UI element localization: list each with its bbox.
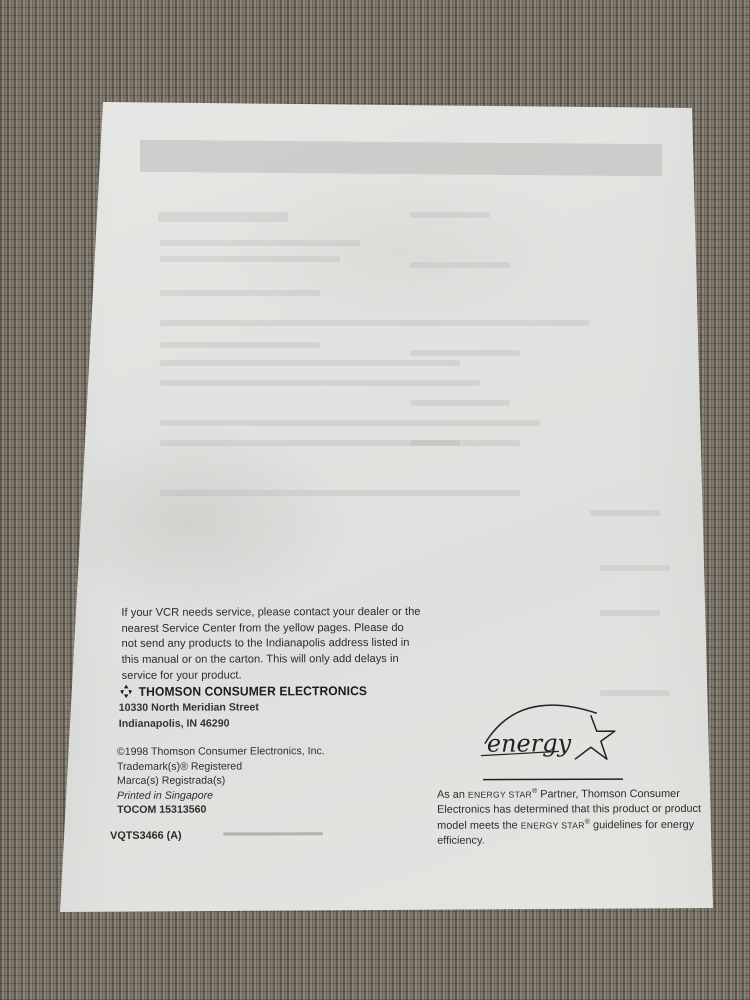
address-street: 10330 North Meridian Street xyxy=(119,699,259,715)
copyright-text: ©1998 Thomson Consumer Electronics, Inc. xyxy=(117,744,325,759)
energy-star-brand: Energy Star xyxy=(521,820,585,830)
tocom-code: TOCOM 15313560 xyxy=(117,803,325,818)
energy-star-logo-icon: energy xyxy=(479,693,629,784)
thomson-logo-icon xyxy=(119,684,134,699)
legal-block: ©1998 Thomson Consumer Electronics, Inc.… xyxy=(117,744,325,818)
ink-smudge xyxy=(223,832,323,835)
company-name: THOMSON CONSUMER ELECTRONICS xyxy=(139,684,367,699)
printed-in-text: Printed in Singapore xyxy=(117,788,325,803)
address-city: Indianapolis, IN 46290 xyxy=(119,715,259,731)
energy-star-statement: As an Energy Star® Partner, Thomson Cons… xyxy=(437,787,717,850)
marca-text: Marca(s) Registrada(s) xyxy=(117,773,325,788)
company-brand: THOMSON CONSUMER ELECTRONICS xyxy=(119,683,377,699)
service-notice: If your VCR needs service, please contac… xyxy=(121,605,421,684)
energy-star-brand: Energy Star xyxy=(468,789,532,799)
page-content: If your VCR needs service, please contac… xyxy=(0,0,750,1000)
trademark-text: Trademark(s)® Registered xyxy=(117,759,325,774)
model-code: VQTS3466 (A) xyxy=(110,830,181,842)
company-address: 10330 North Meridian Street Indianapolis… xyxy=(119,699,259,731)
